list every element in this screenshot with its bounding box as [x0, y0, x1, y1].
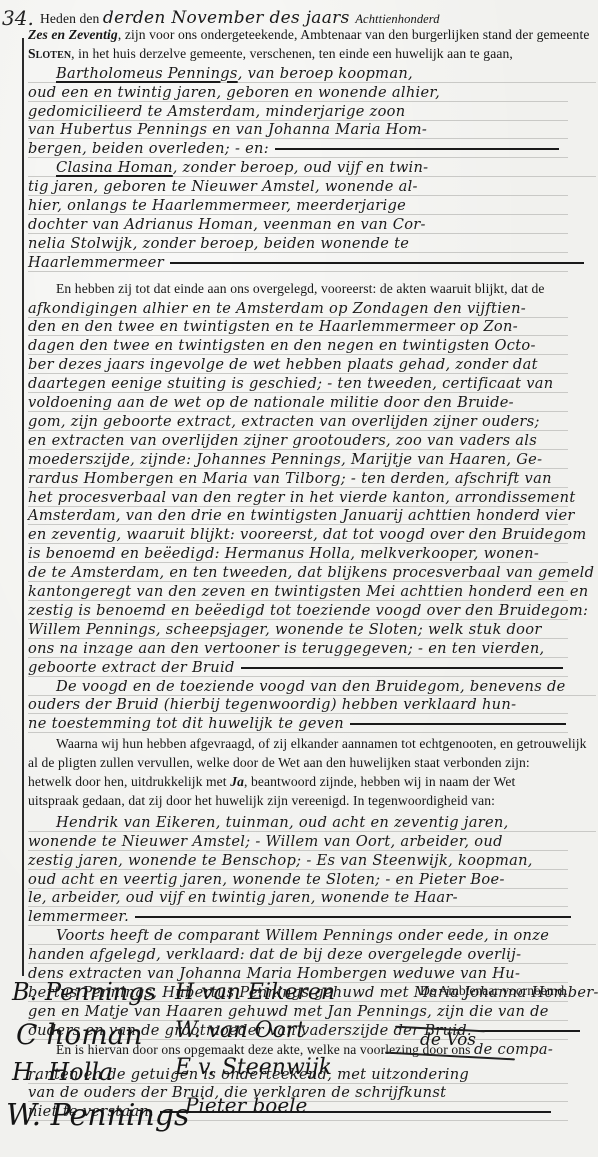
record-line: gedomicilieerd te Amsterdam, minderjarig…: [28, 103, 568, 121]
record-line: geboorte extract der Bruid: [28, 659, 568, 677]
record-line: rardus Hombergen en Maria van Tilborg; -…: [28, 470, 568, 488]
handwritten-entry: daartegen eenige stuiting is geschied; -…: [28, 375, 553, 392]
fill-line: [350, 723, 566, 725]
record-line: Zes en Zeventig, zijn voor ons ondergete…: [28, 27, 568, 43]
handwritten-entry: geboorte extract der Bruid: [28, 659, 235, 676]
record-line: lemmermeer.: [28, 908, 568, 926]
record-line: kantongeregt van den zeven en twintigste…: [28, 583, 568, 601]
record-line: is benoemd en beëedigd: Hermanus Holla, …: [28, 545, 568, 563]
handwritten-entry: de te Amsterdam, en ten tweeden, dat bli…: [28, 564, 594, 581]
record-line: Haarlemmermeer: [28, 254, 568, 272]
record-line: oud acht en veertig jaren, wonende te Sl…: [28, 871, 568, 889]
record-line: Sloten, in het huis derzelve gemeente, v…: [28, 46, 568, 62]
printed-text: En hebben zij tot dat einde aan ons over…: [56, 281, 545, 296]
record-line: al de pligten zullen vervullen, welke do…: [28, 755, 568, 771]
handwritten-entry: dagen den twee en twintigsten en den neg…: [28, 337, 536, 354]
handwritten-entry: lemmermeer.: [28, 908, 129, 925]
record-line: Willem Pennings, scheepsjager, wonende t…: [28, 621, 568, 639]
handwritten-entry: en extracten van overlijden zijner groot…: [28, 432, 537, 449]
record-line: ons na inzage aan den vertooner is terug…: [28, 640, 568, 658]
printed-text: , beantwoord zijnde, hebben wij in naam …: [244, 774, 515, 789]
printed-text-italic: Zes en Zeventig: [28, 27, 118, 42]
record-line: den en den twee en twintigsten en te Haa…: [28, 318, 568, 336]
record-line: dochter van Adrianus Homan, veenman en v…: [28, 216, 568, 234]
handwritten-entry: moederszijde, zijnde: Johannes Pennings,…: [28, 451, 542, 468]
handwritten-entry: ne toestemming tot dit huwelijk te geven: [28, 715, 344, 732]
party-name: Clasina Homan: [56, 159, 173, 176]
handwritten-entry: van Hubertus Pennings en van Johanna Mar…: [28, 121, 427, 138]
signature-groom: B. Pennings: [12, 978, 156, 1006]
handwritten-entry: le, arbeider, oud vijf en twintig jaren,…: [28, 889, 458, 906]
record-line: ne toestemming tot dit huwelijk te geven: [28, 715, 568, 733]
handwritten-entry: tig jaren, geboren te Nieuwer Amstel, wo…: [28, 178, 418, 195]
record-line: hetwelk door hen, uitdrukkelijk met Ja, …: [28, 774, 568, 790]
record-line: nelia Stolwijk, zonder beroep, beiden wo…: [28, 235, 568, 253]
fill-line: [135, 916, 571, 918]
signature-bride: C homan: [16, 1018, 143, 1051]
record-line: De voogd en de toeziende voogd van den B…: [28, 678, 596, 696]
printed-text: Heden den: [40, 11, 103, 26]
record-line: Hendrik van Eikeren, tuinman, oud acht e…: [28, 814, 596, 832]
record-line: daartegen eenige stuiting is geschied; -…: [28, 375, 568, 393]
fill-line: [478, 1030, 580, 1032]
handwritten-entry: kantongeregt van den zeven en twintigste…: [28, 583, 588, 600]
signature-witness-1: H van Eikeren: [175, 980, 335, 1005]
signature-witness-4: Pieter boele: [185, 1093, 307, 1117]
record-line: en extracten van overlijden zijner groot…: [28, 432, 568, 450]
handwritten-entry: afkondigingen alhier en te Amsterdam op …: [28, 300, 526, 317]
handwritten-entry: bergen, beiden overleden; - en:: [28, 140, 269, 157]
handwritten-entry: wonende te Nieuwer Amstel; - Willem van …: [28, 833, 503, 850]
printed-text: Waarna wij hun hebben afgevraagd, of zij…: [56, 736, 587, 751]
handwritten-entry: de compa-: [474, 1041, 553, 1058]
signature-official: de Vos: [420, 1030, 476, 1050]
record-line: bergen, beiden overleden; - en:: [28, 140, 568, 158]
handwritten-entry: ouders der Bruid (hierbij tegenwoordig) …: [28, 696, 516, 713]
record-line: van Hubertus Pennings en van Johanna Mar…: [28, 121, 568, 139]
handwritten-entry: derden November des jaars: [103, 8, 355, 28]
record-line: moederszijde, zijnde: Johannes Pennings,…: [28, 451, 568, 469]
printed-text-italic: Ja: [230, 774, 244, 789]
printed-text: hetwelk door hen, uitdrukkelijk met: [28, 774, 230, 789]
record-line: Voorts heeft de comparant Willem Penning…: [28, 927, 596, 945]
marriage-record-page: 34. Heden den derden November des jaars …: [0, 0, 598, 1157]
record-line: Waarna wij hun hebben afgevraagd, of zij…: [28, 736, 596, 752]
record-line: afkondigingen alhier en te Amsterdam op …: [28, 300, 568, 318]
record-line: de te Amsterdam, en ten tweeden, dat bli…: [28, 564, 568, 582]
handwritten-entry: Haarlemmermeer: [28, 254, 164, 271]
handwritten-entry: handen afgelegd, verklaard: dat de bij d…: [28, 946, 521, 963]
handwritten-entry: rardus Hombergen en Maria van Tilborg; -…: [28, 470, 552, 487]
fill-line: [241, 667, 563, 669]
record-line: voldoening aan de wet op de nationale mi…: [28, 394, 568, 412]
handwritten-entry: voldoening aan de wet op de nationale mi…: [28, 394, 514, 411]
handwritten-entry: dochter van Adrianus Homan, veenman en v…: [28, 216, 426, 233]
handwritten-entry: zestig is benoemd en beëedigd tot toezie…: [28, 602, 588, 619]
handwritten-entry: , zonder beroep, oud vijf en twin-: [173, 159, 429, 176]
handwritten-entry: De voogd en de toeziende voogd van den B…: [56, 678, 566, 695]
record-line: hier, onlangs te Haarlemmermeer, meerder…: [28, 197, 568, 215]
handwritten-entry: Hendrik van Eikeren, tuinman, oud acht e…: [56, 814, 509, 831]
handwritten-entry: , van beroep koopman,: [238, 65, 413, 82]
party-name: Bartholomeus Pennings: [56, 65, 238, 82]
handwritten-entry: nelia Stolwijk, zonder beroep, beiden wo…: [28, 235, 409, 252]
handwritten-entry: gedomicilieerd te Amsterdam, minderjarig…: [28, 103, 405, 120]
record-line: ber dezes jaars ingevolge de wet hebben …: [28, 356, 568, 374]
record-line: En hebben zij tot dat einde aan ons over…: [28, 281, 596, 297]
signature-witness-3: E v. Steenwijk: [175, 1055, 332, 1080]
record-line: Heden den derden November des jaars Acht…: [40, 8, 580, 28]
record-line: zestig jaren, wonende te Benschop; - Es …: [28, 852, 568, 870]
printed-text: al de pligten zullen vervullen, welke do…: [28, 755, 530, 770]
record-line: Bartholomeus Pennings, van beroep koopma…: [28, 65, 596, 83]
handwritten-entry: Amsterdam, van den drie en twintigsten J…: [28, 507, 575, 524]
signature-co-guardian: W. Pennings: [6, 1098, 189, 1133]
record-line: ouders der Bruid (hierbij tegenwoordig) …: [28, 696, 568, 714]
printed-text: uitspraak gedaan, dat zij door het huwel…: [28, 793, 495, 808]
handwritten-entry: Willem Pennings, scheepsjager, wonende t…: [28, 621, 542, 638]
record-line: gom, zijn geboorte extract, extracten va…: [28, 413, 568, 431]
official-label: De Ambtenaar voornoemd.: [420, 983, 568, 999]
record-line: Clasina Homan, zonder beroep, oud vijf e…: [28, 159, 596, 177]
signature-guardian: H. Holla: [12, 1058, 113, 1086]
margin-rule: [22, 38, 24, 976]
record-line: le, arbeider, oud vijf en twintig jaren,…: [28, 889, 568, 907]
fill-line: [170, 262, 584, 264]
handwritten-entry: en zeventig, waaruit blijkt: vooreerst, …: [28, 526, 586, 543]
handwritten-entry: oud acht en veertig jaren, wonende te Sl…: [28, 871, 505, 888]
record-line: het procesverbaal van den regter in het …: [28, 489, 568, 507]
record-line: Amsterdam, van den drie en twintigsten J…: [28, 507, 568, 525]
handwritten-entry: oud een en twintig jaren, geboren en won…: [28, 84, 440, 101]
handwritten-entry: gom, zijn geboorte extract, extracten va…: [28, 413, 540, 430]
record-line: tig jaren, geboren te Nieuwer Amstel, wo…: [28, 178, 568, 196]
record-line: wonende te Nieuwer Amstel; - Willem van …: [28, 833, 568, 851]
handwritten-entry: het procesverbaal van den regter in het …: [28, 489, 575, 506]
handwritten-entry: hier, onlangs te Haarlemmermeer, meerder…: [28, 197, 406, 214]
handwritten-entry: is benoemd en beëedigd: Hermanus Holla, …: [28, 545, 539, 562]
record-line: zestig is benoemd en beëedigd tot toezie…: [28, 602, 568, 620]
record-line: uitspraak gedaan, dat zij door het huwel…: [28, 793, 568, 809]
signature-witness-2: W. van Oort: [175, 1018, 305, 1043]
fill-line: [275, 148, 559, 150]
printed-text: , in het huis derzelve gemeente, versche…: [71, 46, 513, 61]
handwritten-entry: Voorts heeft de comparant Willem Penning…: [56, 927, 549, 944]
record-line: dagen den twee en twintigsten en den neg…: [28, 337, 568, 355]
municipality-name: Sloten: [28, 46, 71, 61]
record-line: oud een en twintig jaren, geboren en won…: [28, 84, 568, 102]
handwritten-entry: den en den twee en twintigsten en te Haa…: [28, 318, 518, 335]
handwritten-entry: ons na inzage aan den vertooner is terug…: [28, 640, 544, 657]
record-line: en zeventig, waaruit blijkt: vooreerst, …: [28, 526, 568, 544]
handwritten-entry: zestig jaren, wonende te Benschop; - Es …: [28, 852, 533, 869]
printed-text: Achttienhonderd: [355, 12, 439, 26]
printed-text: , zijn voor ons ondergeteekende, Ambtena…: [118, 27, 590, 42]
record-line: handen afgelegd, verklaard: dat de bij d…: [28, 946, 568, 964]
handwritten-entry: ber dezes jaars ingevolge de wet hebben …: [28, 356, 538, 373]
